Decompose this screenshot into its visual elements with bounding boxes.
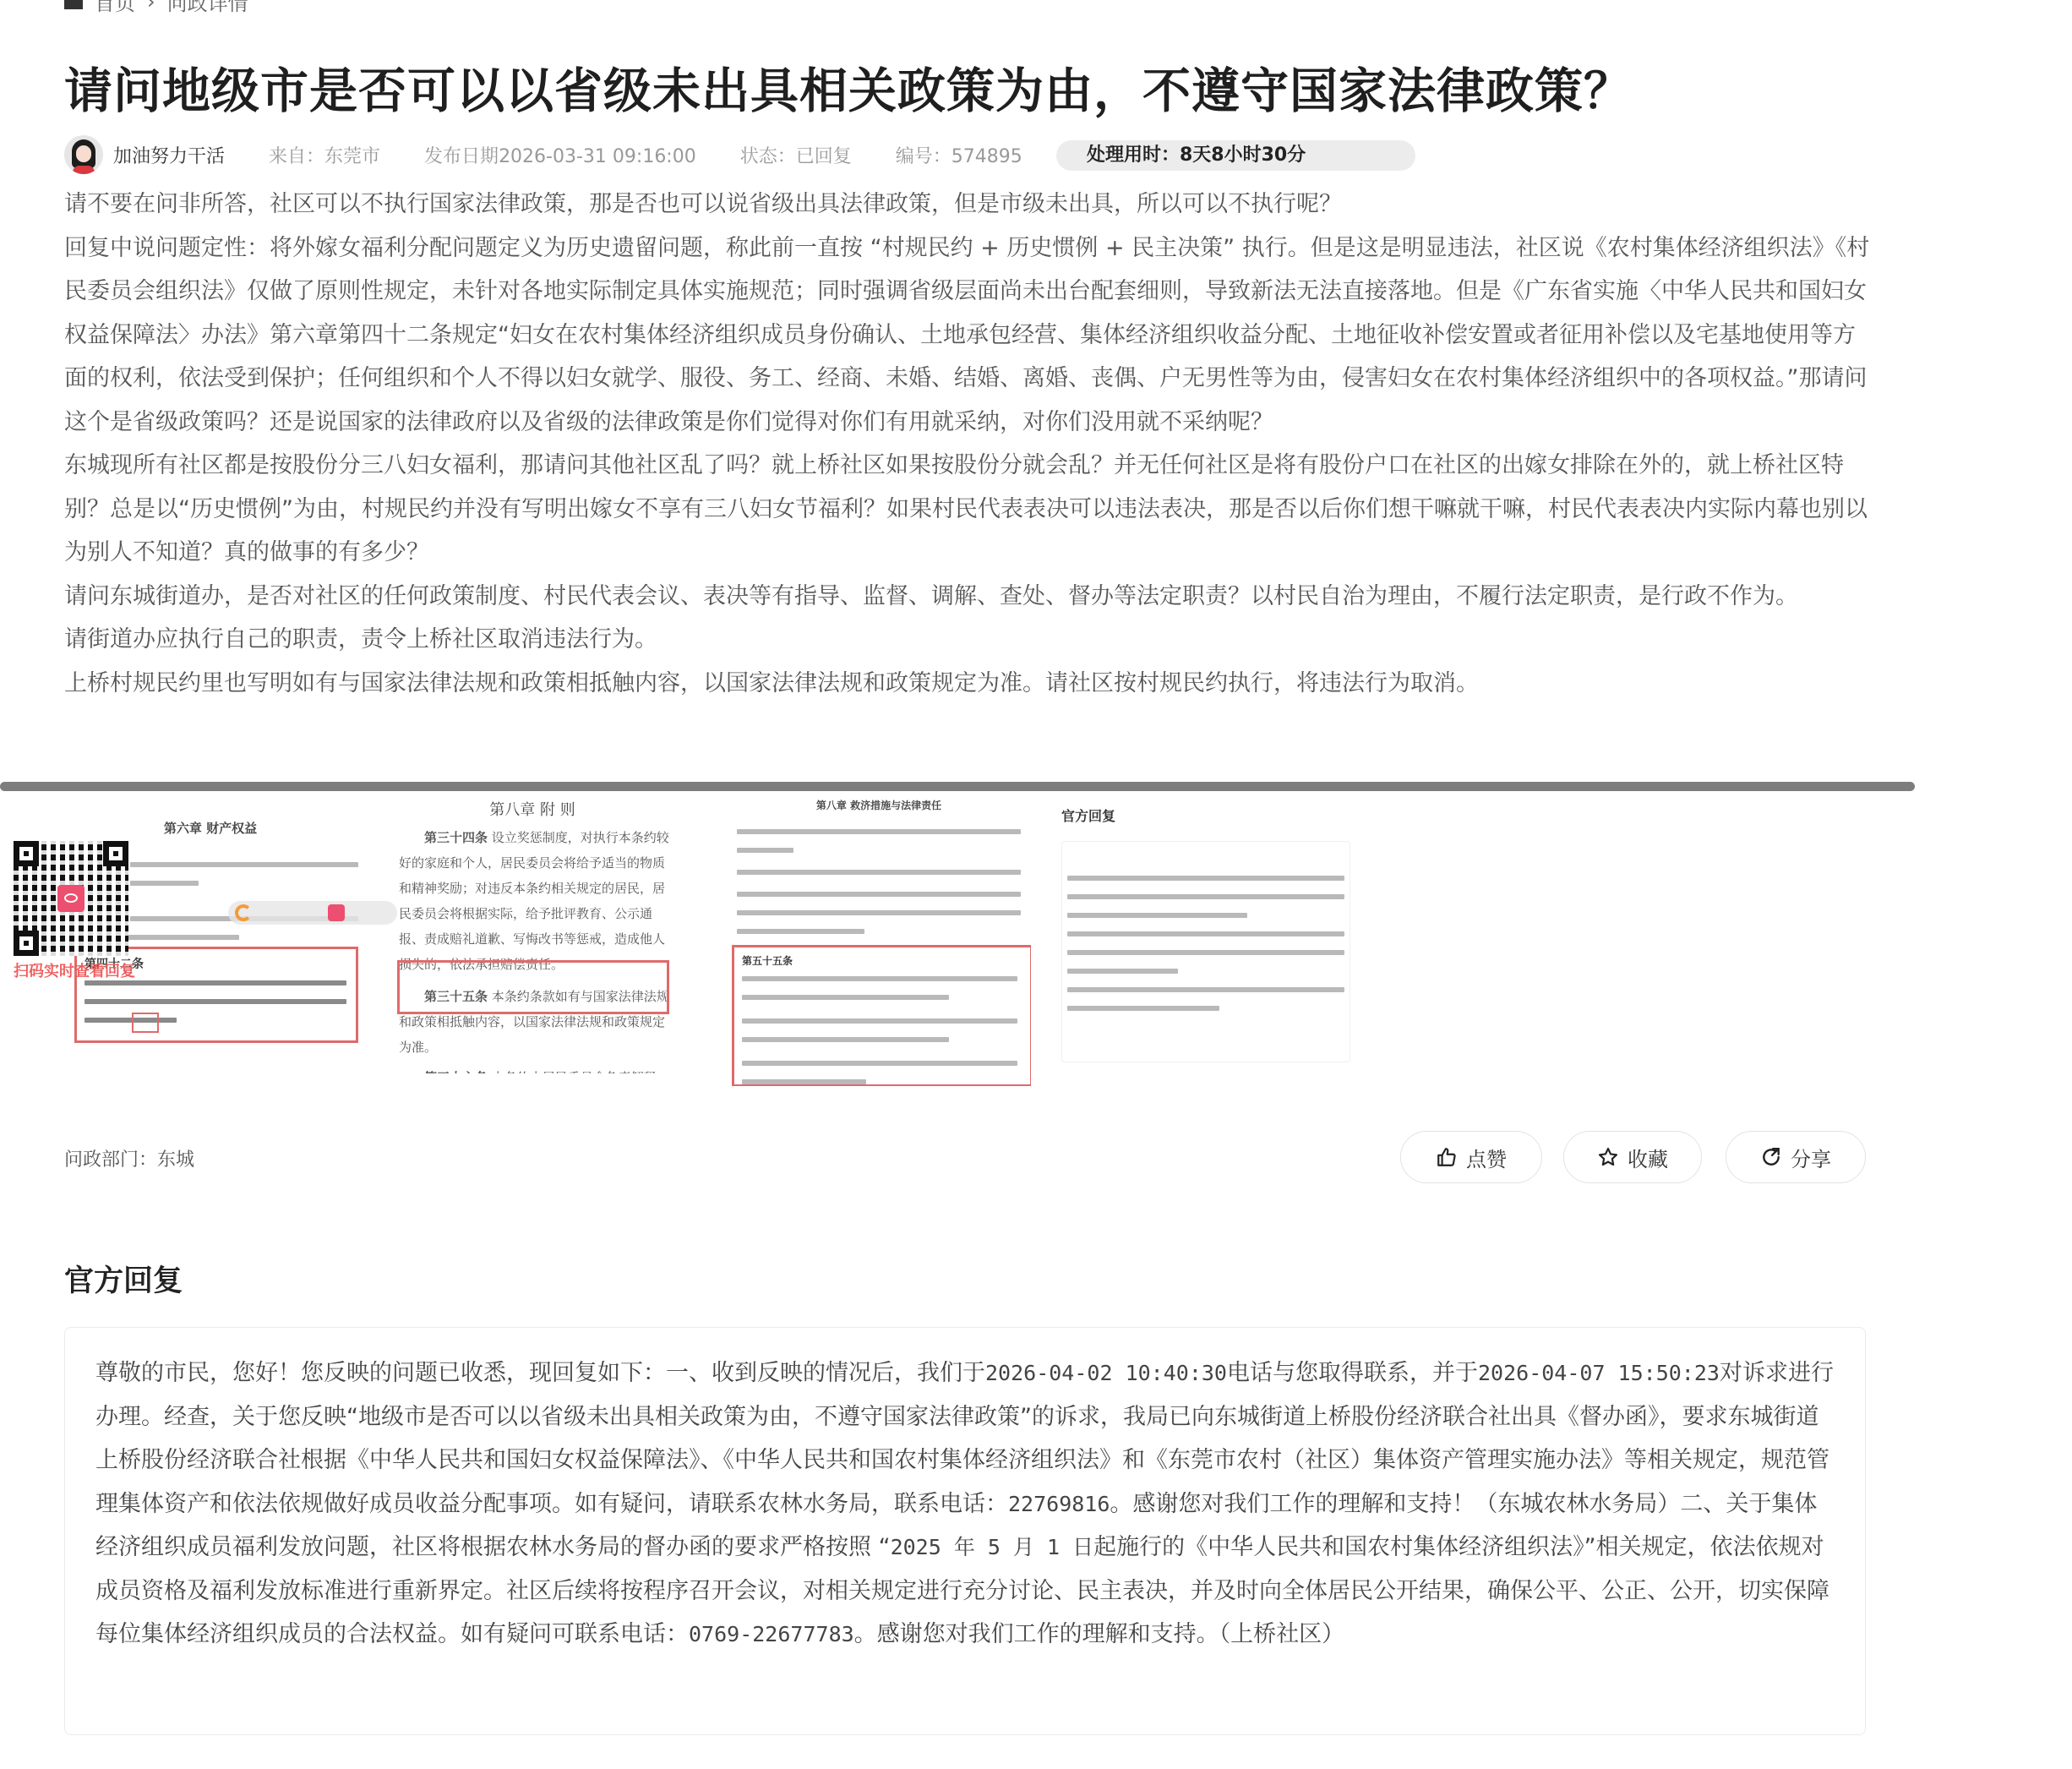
reply-text: 。感谢您对我们工作的理解和支持。（上桥社区） [854,1621,1345,1647]
body-paragraph: 请问东城街道办，是否对社区的任何政策制度、村民代表会议、表决等有指导、监督、调解… [64,575,1873,619]
image-title: 第八章 救济措施与法律责任 [727,798,1031,812]
publish-date: 发布日期2026-03-31 09:16:00 [424,142,696,168]
date-value: 2026-03-31 09:16:00 [499,146,696,167]
share-button[interactable]: 分享 [1726,1131,1866,1183]
like-label: 点赞 [1466,1143,1507,1172]
author-name[interactable]: 加油努力干活 [113,142,225,168]
horizontal-scrollbar[interactable] [0,782,1915,791]
app-logo-icon [57,885,85,912]
qr-code[interactable] [14,841,128,956]
phone-number: 0769-22677783 [689,1622,854,1646]
watermark [228,901,397,925]
page-title: 请问地级市是否可以以省级未出具相关政策为由，不遵守国家法律政策？ [64,52,1633,122]
image-title: 第八章 附 则 [389,798,676,820]
watermark-app-icon [328,904,345,921]
highlight-box [397,960,669,1014]
phone-number: 22769816 [1008,1492,1110,1516]
breadcrumb-item-current: 问政详情 [167,0,248,16]
department-label: 问政部门： [64,1149,157,1171]
star-icon [1597,1146,1619,1168]
like-button[interactable]: 点赞 [1400,1131,1542,1183]
home-icon[interactable] [64,0,83,9]
body-paragraph: 回复中说问题定性：将外嫁女福利分配问题定义为历史遗留问题，称此前一直按 “村规民… [64,227,1873,445]
thumbs-up-icon [1436,1146,1458,1168]
status-label: 状态： [740,146,796,167]
body-paragraph: 东城现所有社区都是按股份分三八妇女福利，那请问其他社区乱了吗？就上桥社区如果按股… [64,444,1873,575]
image-title: 第六章 财产权益 [54,819,367,837]
question-meta: 加油努力干活 来自：东莞市 发布日期2026-03-31 09:16:00 状态… [64,135,1066,174]
reply-text: 尊敬的市民，您好！您反映的问题已收悉，现回复如下：一、收到反映的情况后，我们于 [95,1360,985,1386]
source: 来自：东莞市 [269,142,380,168]
question-id: 编号：574895 [896,142,1022,168]
article-text: 第三十四条 设立奖惩制度，对执行本条约较好的家庭和个人，居民委员会将给予适当的物… [399,825,669,977]
attachment-image-3[interactable]: 第八章 救济措施与法律责任 第五十五条 [727,794,1031,1086]
official-reply-box: 尊敬的市民，您好！您反映的问题已收悉，现回复如下：一、收到反映的情况后，我们于2… [64,1327,1866,1735]
handle-time: 2026-04-07 15:50:23 [1478,1361,1720,1385]
id-value: 574895 [951,146,1022,167]
source-value: 东莞市 [324,146,380,167]
official-reply-title: 官方回复 [64,1258,183,1300]
share-icon [1760,1146,1782,1168]
id-label: 编号： [896,146,951,167]
processing-time-badge: 处理用时：8天8小时30分 [1056,140,1415,171]
breadcrumb: 首页 › 问政详情 [64,0,248,16]
attachment-image-2[interactable]: 第八章 附 则 第三十四条 设立奖惩制度，对执行本条约较好的家庭和个人，居民委员… [389,794,676,1073]
breadcrumb-item-home[interactable]: 首页 [95,0,135,16]
watermark-logo-icon [235,904,252,921]
question-body: 请不要在问非所答，社区可以不执行国家法律政策，那是否也可以说省级出具法律政策，但… [64,183,1873,705]
department: 问政部门：东城 [64,1145,194,1171]
article-text: 第三十六条 本条约由居民委员会负责解释，自居民会议通过之日起执行。 [399,1065,669,1073]
favorite-label: 收藏 [1628,1143,1668,1172]
contact-time: 2026-04-02 10:40:30 [985,1361,1227,1385]
department-value: 东城 [157,1149,194,1171]
highlight-article-label: 第五十五条 [742,953,1017,968]
body-paragraph: 上桥村规民约里也写明如有与国家法律法规和政策相抵触内容，以国家法律法规和政策规定… [64,662,1873,706]
date-label: 发布日期 [424,146,499,167]
status-value: 已回复 [796,146,852,167]
status: 状态：已回复 [740,142,852,168]
body-paragraph: 请街道办应执行自己的职责，责令上桥社区取消违法行为。 [64,618,1873,662]
breadcrumb-separator: › [147,0,155,14]
share-label: 分享 [1791,1143,1831,1172]
avatar[interactable] [64,135,103,174]
attachment-image-4[interactable]: 官方回复 [1056,799,1360,1073]
image-title: 官方回复 [1061,805,1360,825]
body-paragraph: 请不要在问非所答，社区可以不执行国家法律政策，那是否也可以说省级出具法律政策，但… [64,183,1873,227]
effective-date: 2025 年 5 月 1 日 [891,1535,1094,1559]
favorite-button[interactable]: 收藏 [1563,1131,1702,1183]
qr-label: 扫码实时查看回复 [14,959,135,981]
source-label: 来自： [269,146,324,167]
reply-text: 电话与您取得联系，并于 [1227,1360,1478,1386]
